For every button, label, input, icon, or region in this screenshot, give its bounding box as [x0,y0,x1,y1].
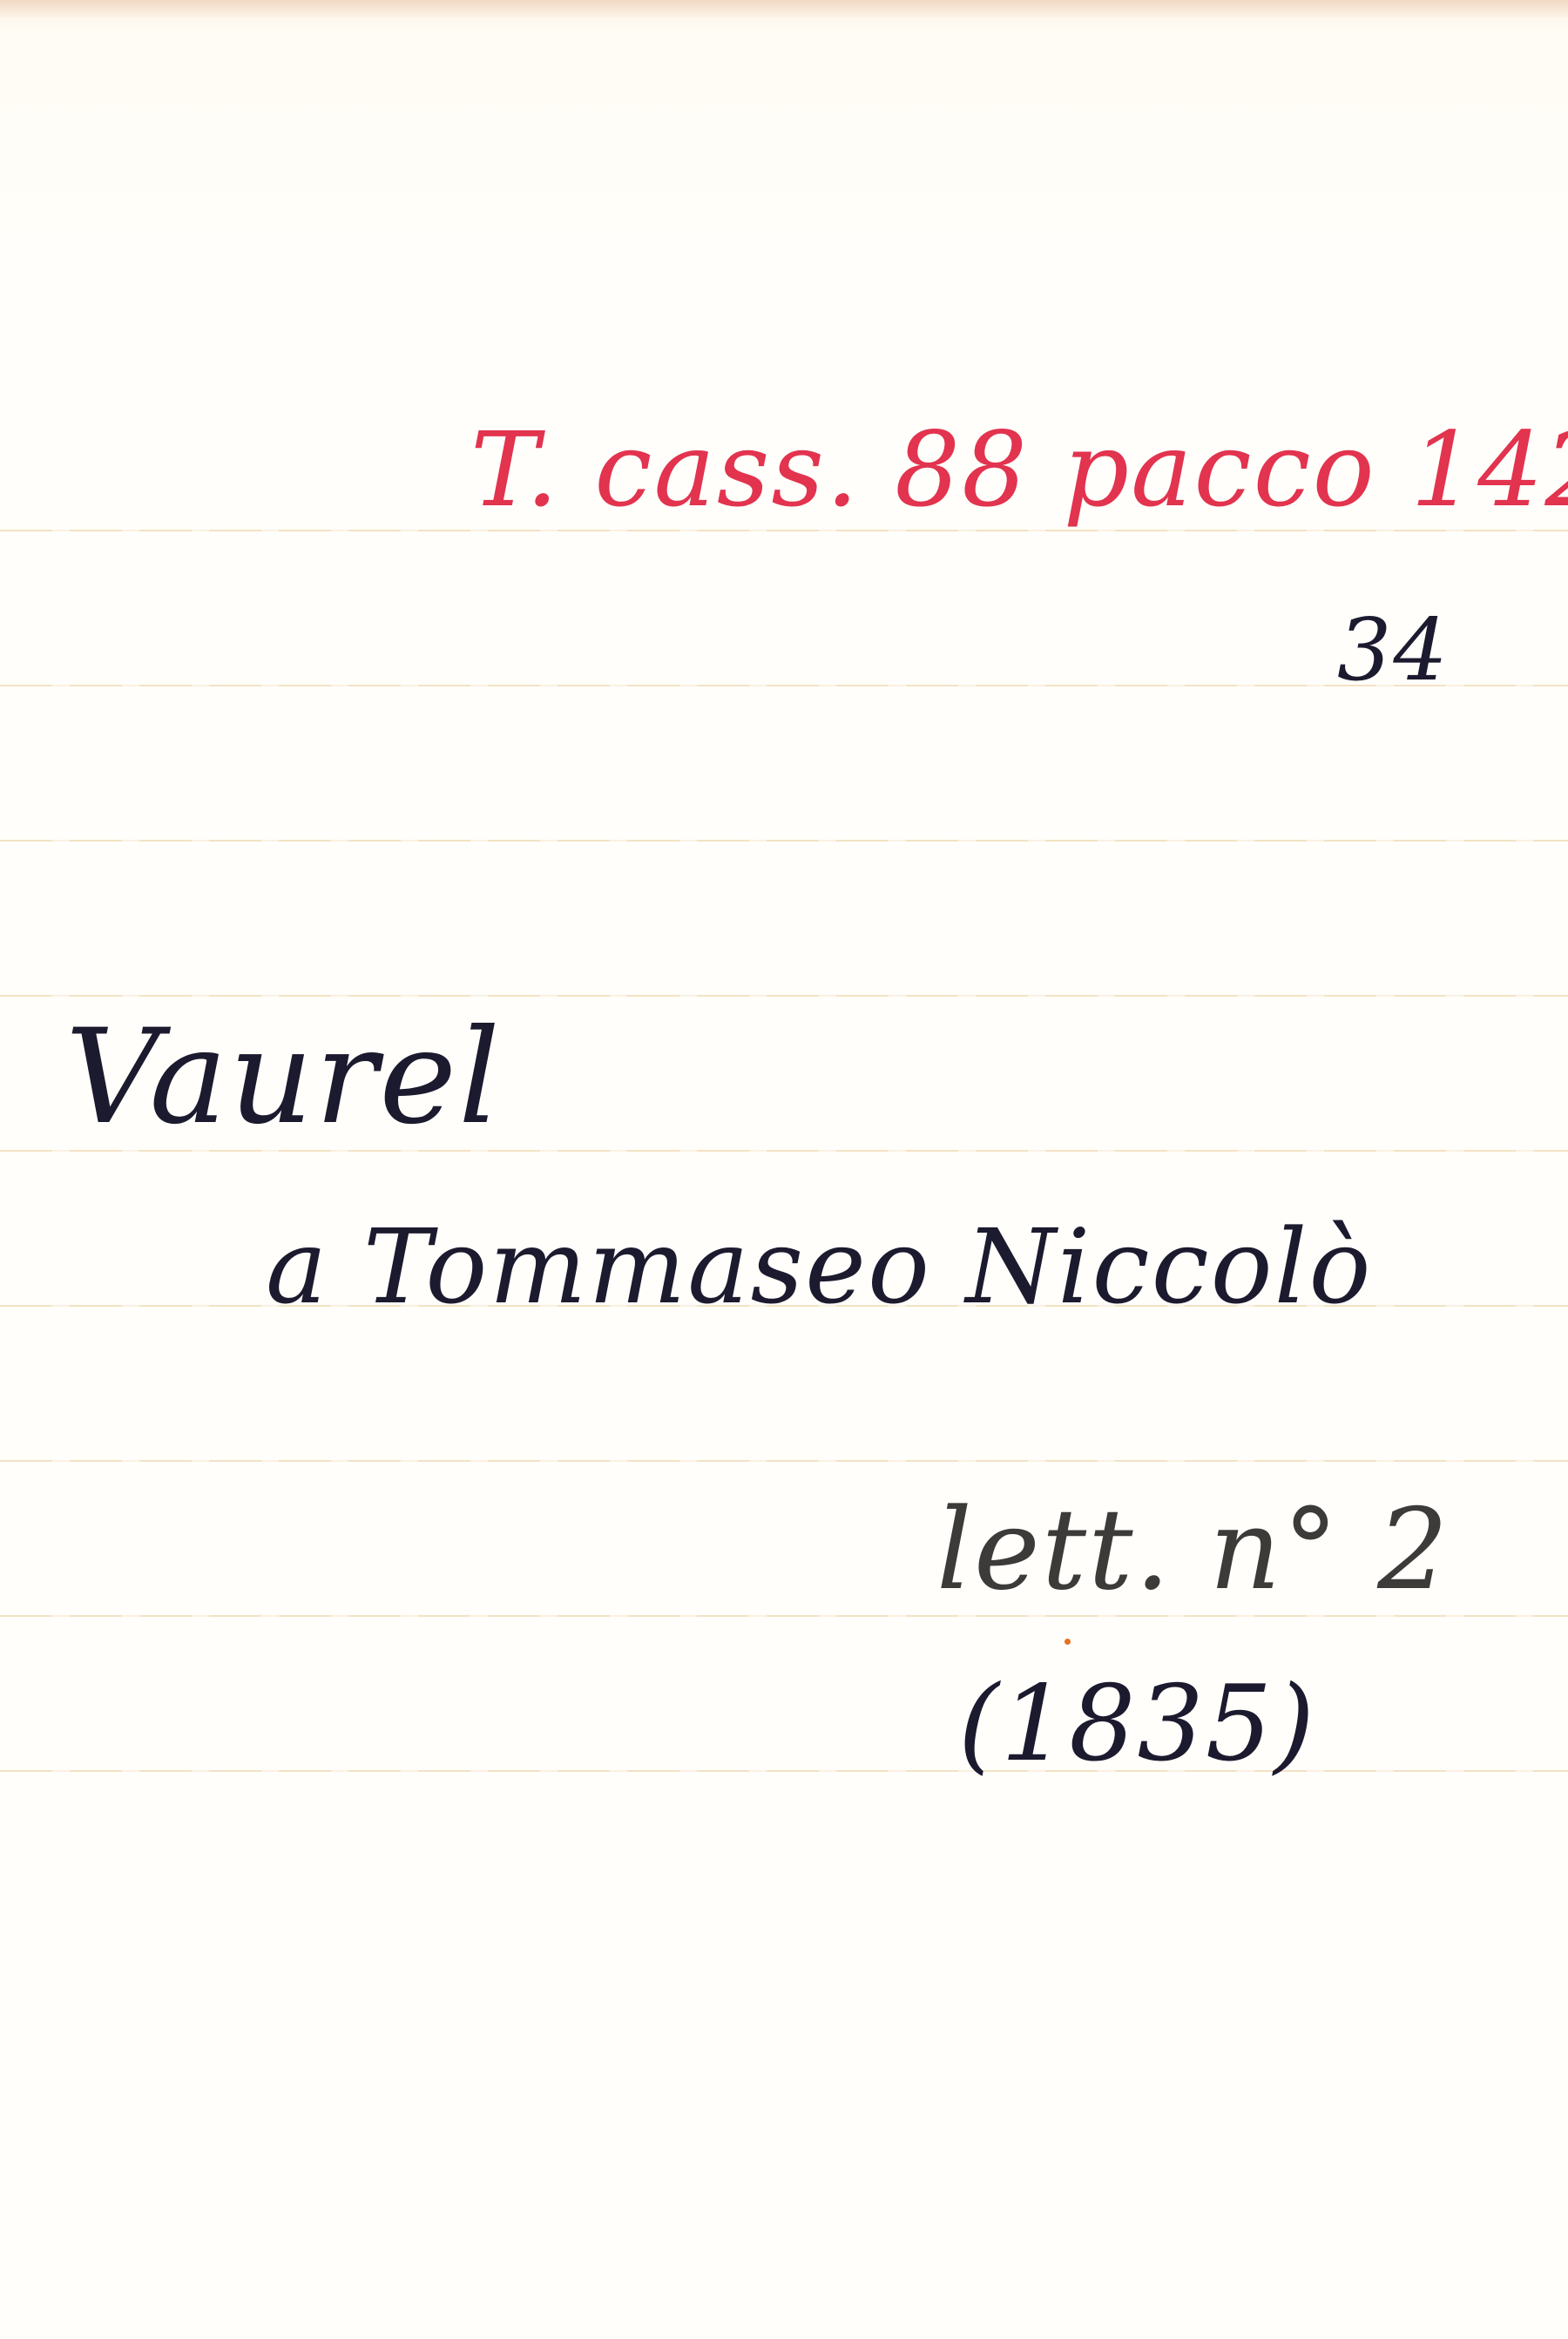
folio-number: 34 [1337,601,1450,700]
ruled-line [0,1460,1568,1462]
ruled-line [0,685,1568,686]
ruled-line [0,1615,1568,1617]
ink-speck [1064,1639,1071,1645]
shelfmark: T. cass. 88 pacco 142. [470,409,1568,530]
recipient-name: a Tommaseo Niccolò [266,1207,1373,1327]
correspondent-name: Vaurel [65,1002,502,1153]
ruled-line [0,995,1568,997]
index-card: T. cass. 88 pacco 142. 34 Vaurel a Tomma… [0,0,1568,2339]
ruled-line [0,1770,1568,1772]
letter-count: lett. n° 2 [936,1485,1450,1615]
ruled-line [0,840,1568,842]
ruled-line [0,530,1568,531]
card-top-edge [0,0,1568,19]
letter-date: (1835) [958,1664,1316,1785]
